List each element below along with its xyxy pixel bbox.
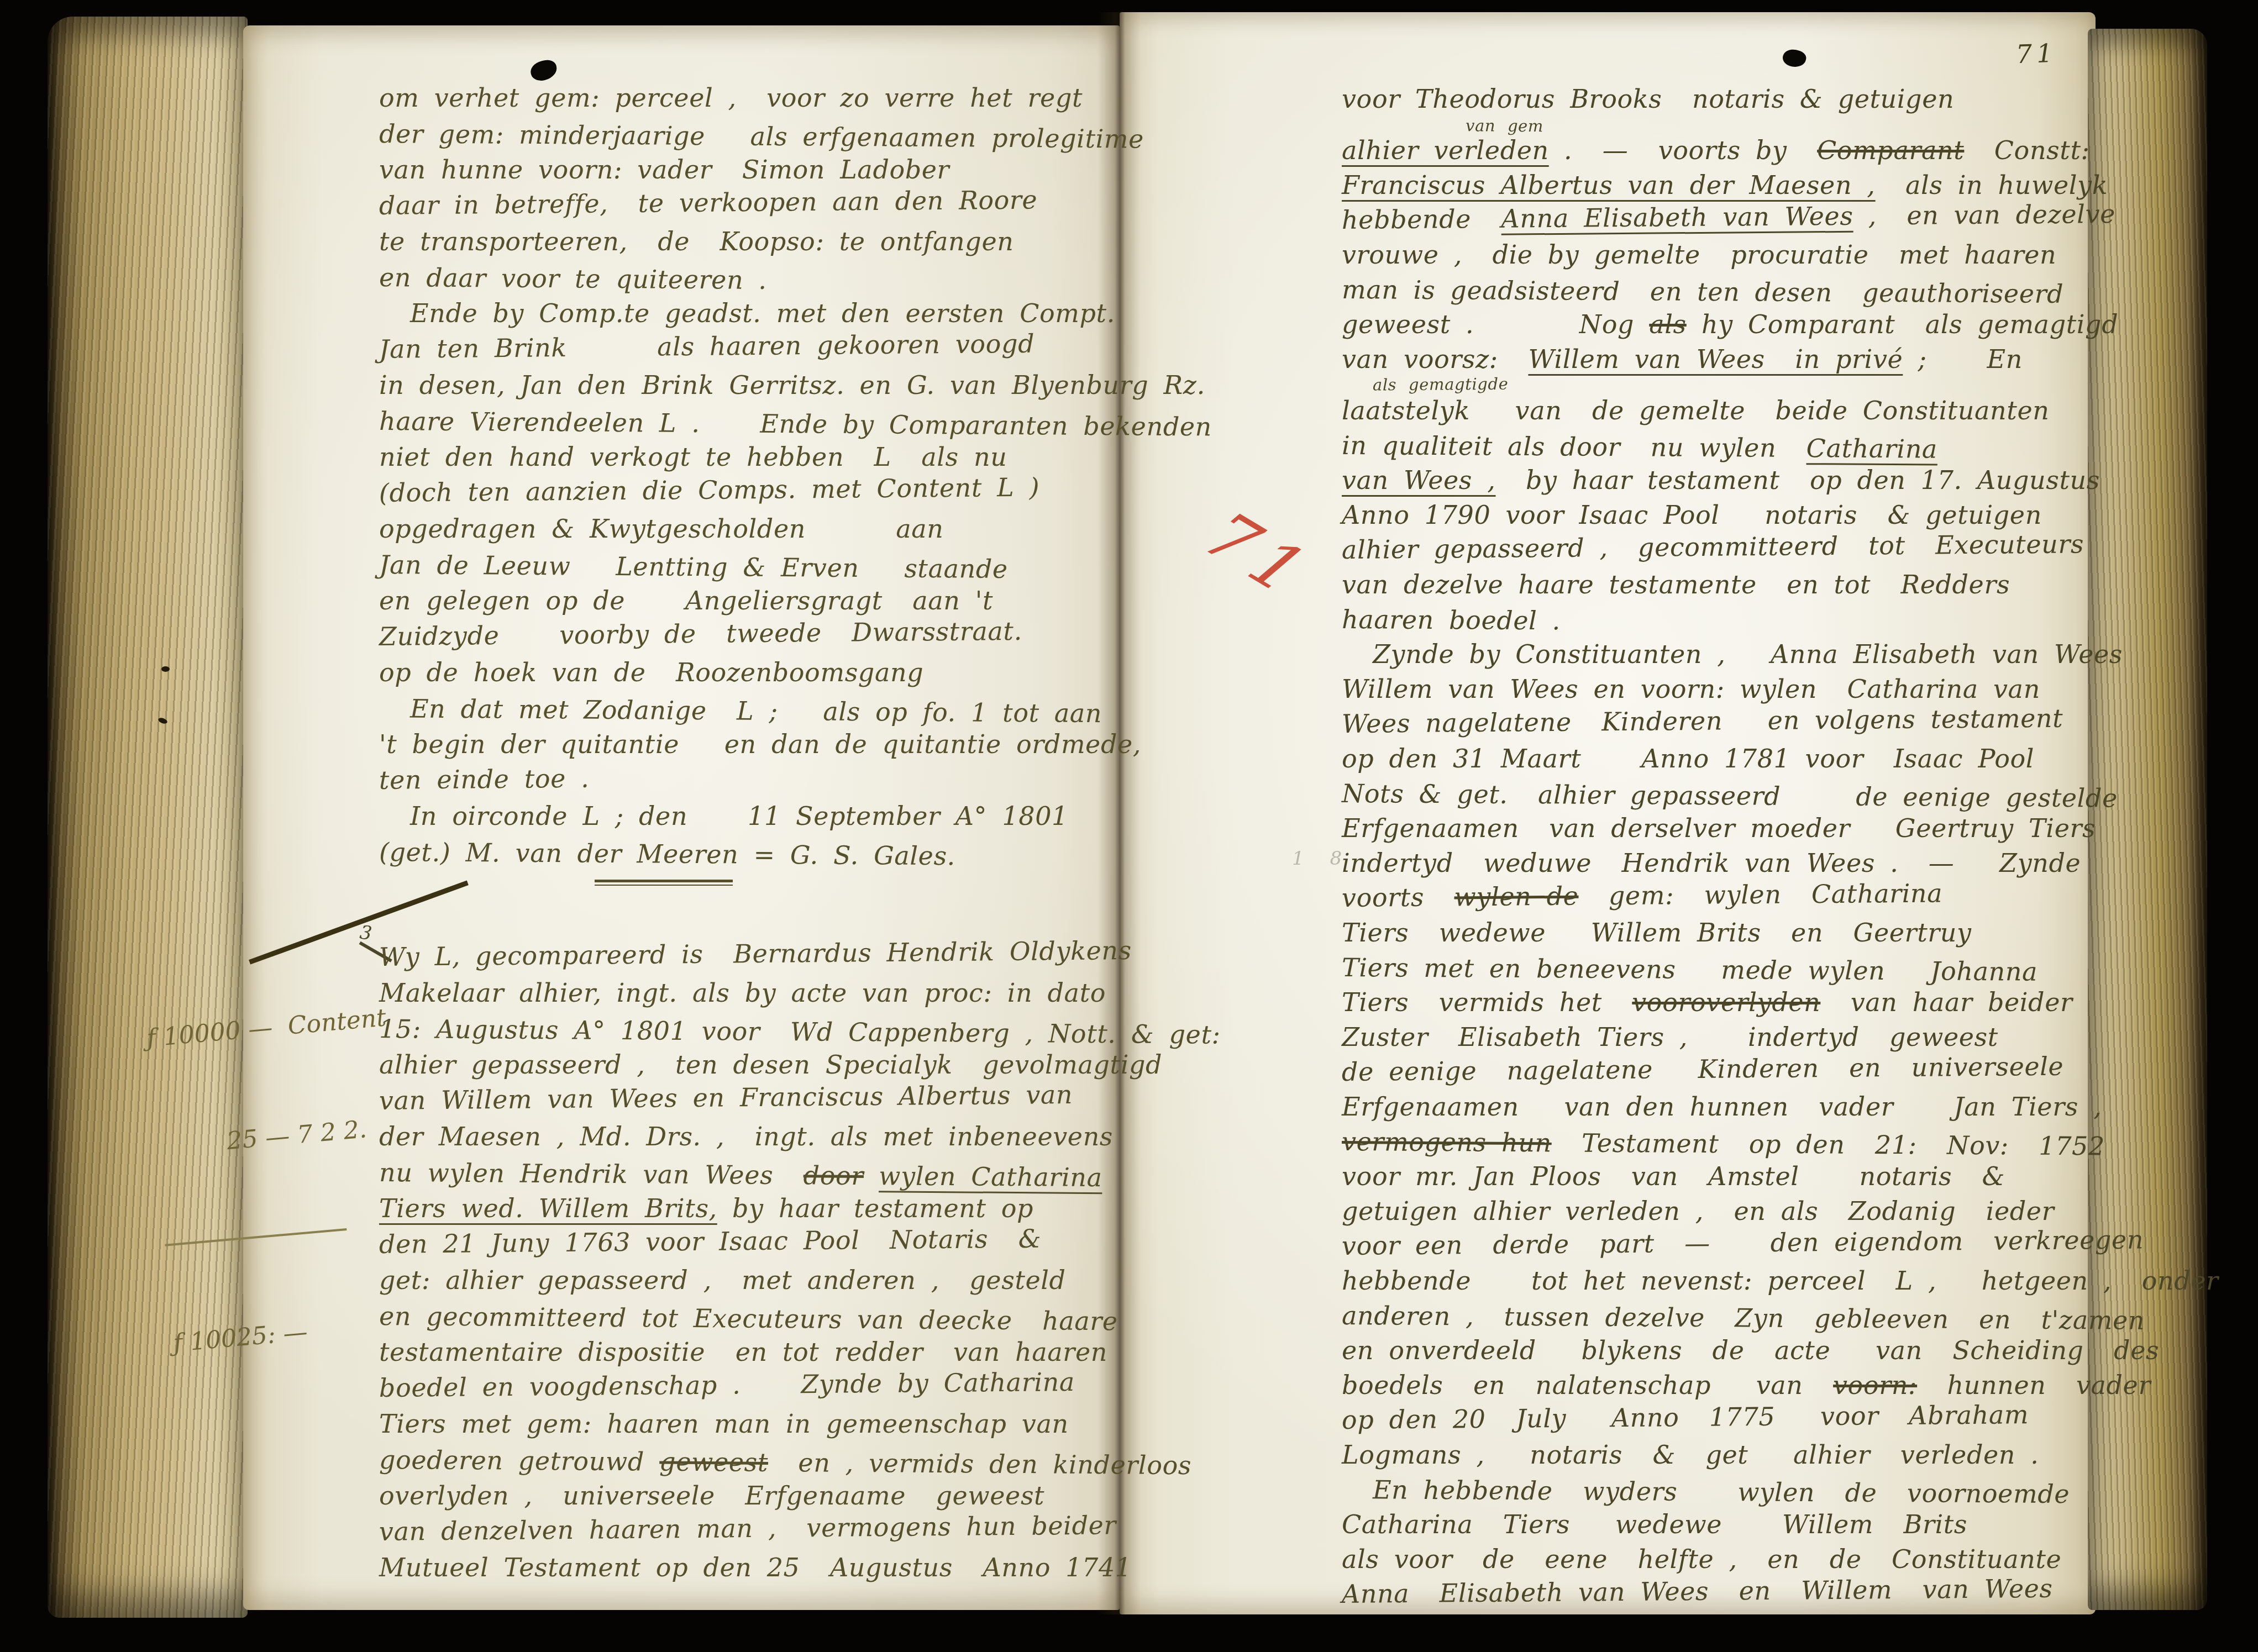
margin-amount: ƒ 10000 — Content [145,998,402,1057]
manuscript-line: voor een derde part — den eigendom verkr… [1342,1224,2121,1265]
manuscript-line: haaren boedel . [1342,603,2121,643]
manuscript-line: get: alhier gepasseerd , met anderen , g… [379,1264,1120,1300]
manuscript-line: der Maesen , Md. Drs. , ingt. als met in… [379,1120,1120,1156]
right-page-text: voor Theodorus Brooks notaris & getuigen… [1342,83,2121,1613]
manuscript-line: op den 20 July Anno 1775 voor Abraham [1342,1398,2121,1439]
manuscript-line: En hebbende wyders wylen de voornoemde [1342,1474,2121,1513]
manuscript-line: voorts wylen de gem: wylen Catharina [1342,876,2121,917]
manuscript-line: goederen getrouwd geweest en , vermids d… [379,1444,1120,1485]
margin-sub-amount: 25 — 7 2 2. [155,1108,411,1166]
ink-speck [161,666,170,672]
manuscript-line: ten einde toe . [379,757,1120,800]
manuscript-line: (get.) M. van der Meeren = G. S. Gales. [379,836,1120,877]
manuscript-line: Zynde by Constituanten , Anna Elisabeth … [1342,638,2121,673]
manuscript-line: van Willem van Wees en Franciscus Albert… [379,1078,1120,1120]
manuscript-line: (doch ten aanzien die Comps. met Content… [379,470,1120,513]
manuscript-line: nu wylen Hendrik van Wees door wylen Cat… [379,1156,1120,1197]
manuscript-line: geweest . Nog als hy Comparant als gemag… [1342,308,2121,343]
manuscript-line: daar in betreffe, te verkoopen aan den R… [379,183,1120,225]
section-divider [595,880,733,886]
manuscript-line: vrouwe , die by gemelte procuratie met h… [1342,239,2121,273]
manuscript-line: alhier verleden . — voorts by Comparant … [1342,134,2121,169]
manuscript-line: Mutueel Testament op den 25 Augustus Ann… [379,1551,1120,1587]
manuscript-line: alhier gepasseerd , gecommitteerd tot Ex… [1342,528,2121,569]
manuscript-line: 15: Augustus A° 1801 voor Wd Cappenberg … [379,1013,1120,1054]
manuscript-line: voor mr. Jan Ploos van Amstel notaris & [1342,1160,2121,1195]
manuscript-line: den 21 Juny 1763 voor Isaac Pool Notaris… [379,1222,1120,1264]
manuscript-line: En dat met Zodanige L ; als op fo. 1 tot… [379,692,1120,733]
manuscript-line: van denzelven haaren man , vermogens hun… [379,1509,1120,1551]
manuscript-line: boedel en voogdenschap . Zynde by Cathar… [379,1365,1120,1408]
manuscript-line: Wy L, gecompareerd is Bernardus Hendrik … [379,934,1120,977]
margin-sum-line [165,1228,346,1246]
manuscript-line: vermogens hun Testament op den 21: Nov: … [1342,1125,2121,1165]
manuscript-line: en gecommitteerd tot Executeurs van deec… [379,1300,1120,1341]
manuscript-line: der gem: minderjaarige als erfgenaamen p… [379,118,1120,159]
manuscript-line: om verhet gem: perceel , voor zo verre h… [379,82,1120,118]
manuscript-line: op den 31 Maart Anno 1781 voor Isaac Poo… [1342,743,2121,777]
manuscript-line: Erfgenaamen van den hunnen vader Jan Tie… [1342,1091,2121,1125]
manuscript-line: Makelaar alhier, ingt. als by acte van p… [379,977,1120,1013]
page-number: 71 [2015,38,2057,70]
manuscript-line: en onverdeeld blykens de acte van Scheid… [1342,1334,2121,1369]
manuscript-line: Jan de Leeuw Lentting & Erven staande [379,549,1120,590]
manuscript-line: Anna Elisabeth van Wees en Willem van We… [1342,1572,2121,1613]
book-scan: 71 71 1 8 3 ƒ 10000 — Content 25 — 7 2 2… [0,0,2258,1652]
manuscript-line: Jan ten Brink als haaren gekooren voogd [379,327,1120,369]
manuscript-line: anderen , tussen dezelve Zyn gebleeven e… [1342,1299,2121,1339]
manuscript-line: opgedragen & Kwytgescholden aan [379,513,1120,549]
manuscript-line: Tiers met en beneevens mede wylen Johann… [1342,951,2121,991]
manuscript-line: Erfgenaamen van derselver moeder Geertru… [1342,812,2121,847]
manuscript-line: Tiers wedewe Willem Brits en Geertruy [1342,917,2121,951]
manuscript-line: en daar voor te quiteeren . [379,261,1120,302]
manuscript-line: in qualiteit als door nu wylen Catharina [1342,429,2121,469]
manuscript-line: Logmans , notaris & get alhier verleden … [1342,1439,2121,1474]
interlinear-insertion: als gemagtigde [1342,372,2121,394]
manuscript-line: laatstelyk van de gemelte beide Constitu… [1342,394,2121,429]
manuscript-line: te transporteeren, de Koopso: te ontfang… [379,225,1120,261]
manuscript-line: haare Vierendeelen L . Ende by Comparant… [379,405,1120,446]
manuscript-line: Tiers met gem: haaren man in gemeenschap… [379,1408,1120,1444]
manuscript-line: Zuidzyde voorby de tweede Dwarsstraat. [379,614,1120,656]
manuscript-line: hebbende Anna Elisabeth van Wees , en va… [1342,198,2121,239]
manuscript-line: man is geadsisteerd en ten desen geautho… [1342,273,2121,313]
manuscript-line: In oirconde L ; den 11 September A° 1801 [379,800,1120,836]
manuscript-line: van Wees , by haar testament op den 17. … [1342,464,2121,499]
manuscript-line: op de hoek van de Roozenboomsgang [379,656,1120,692]
left-page-text: om verhet gem: perceel , voor zo verre h… [379,82,1120,1587]
manuscript-line: Wees nagelatene Kinderen en volgens test… [1342,702,2121,743]
manuscript-line: Nots & get. alhier gepasseerd de eenige … [1342,777,2121,817]
manuscript-line: voor Theodorus Brooks notaris & getuigen [1342,83,2121,118]
manuscript-line: Tiers vermids het vooroverlyden van haar… [1342,986,2121,1021]
manuscript-line: de eenige nagelatene Kinderen en univers… [1342,1050,2121,1091]
manuscript-line: Catharina Tiers wedewe Willem Brits [1342,1508,2121,1543]
manuscript-line: in desen, Jan den Brink Gerritsz. en G. … [379,369,1120,405]
manuscript-line: van dezelve haare testamente en tot Redd… [1342,569,2121,603]
manuscript-line: hebbende tot het nevenst: perceel L , he… [1342,1265,2121,1299]
